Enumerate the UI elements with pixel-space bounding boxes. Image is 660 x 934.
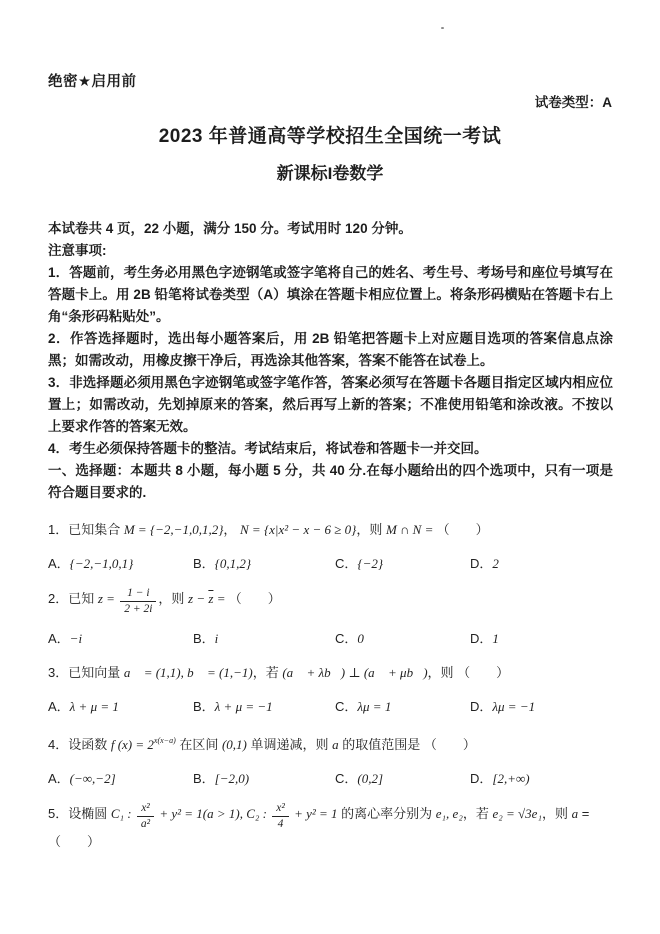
option-label: B．: [193, 771, 215, 786]
notice-item-4: 4．考生必须保持答题卡的整洁。考试结束后，将试卷和答题卡一并交回。: [48, 438, 613, 460]
q2-math-z-minus: z −: [188, 591, 208, 606]
option-label: C．: [335, 631, 357, 646]
question-2-options: A．−i B．i C．0 D．1: [48, 628, 613, 647]
section-header-choice: 一、选择题：本题共 8 小题，每小题 5 分，共 40 分.在每小题给出的四个选…: [48, 460, 613, 504]
q3-math-vectors: a⃗ = (1,1), b⃗ = (1,−1): [124, 665, 253, 680]
option-label: D．: [470, 699, 492, 714]
option-value: [−2,0): [215, 771, 249, 786]
q1-text: ，则: [356, 522, 386, 537]
q3-answer-blank: ，则 （ ）: [428, 665, 510, 680]
option-label: C．: [335, 771, 357, 786]
question-4-options: A．(−∞,−2] B．[−2,0) C．(0,2] D．[2,+∞): [48, 768, 613, 787]
paper-type-label: 试卷类型：A: [535, 91, 612, 111]
option-d: D．λμ = −1: [470, 696, 613, 715]
q2-text: 2．已知: [48, 591, 98, 606]
q5-text: ，则: [542, 806, 572, 821]
option-a: A．λ + μ = 1: [48, 696, 193, 715]
q4-text: 单调递减，则: [247, 737, 332, 752]
option-value: 1: [492, 631, 499, 646]
option-value: −i: [70, 631, 82, 646]
q1-math-set-n: N = {x|x² − x − 6 ≥ 0}: [240, 522, 356, 537]
notice-item-3: 3．非选择题必须用黑色字迹钢笔或签字笔作答，答案必须写在答题卡各题目指定区域内相…: [48, 372, 613, 438]
option-value: 2: [492, 556, 499, 571]
fraction-denominator: a²: [137, 817, 154, 831]
option-label: A．: [48, 699, 70, 714]
question-3-options: A．λ + μ = 1 B．λ + μ = −1 C．λμ = 1 D．λμ =…: [48, 696, 613, 715]
q4-text: 在区间: [176, 737, 222, 752]
option-value: 0: [357, 631, 364, 646]
scan-artifact-dot: [441, 27, 444, 29]
option-c: C．λμ = 1: [335, 696, 470, 715]
option-a: A．(−∞,−2]: [48, 768, 193, 787]
questions-list: 1．已知集合 M = {−2,−1,0,1,2}， N = {x|x² − x …: [48, 519, 613, 852]
option-d: D．1: [470, 628, 613, 647]
q1-math-set-m: M = {−2,−1,0,1,2}: [124, 522, 224, 537]
question-4-stem: 4．设函数 f (x) = 2x(x−a) 在区间 (0,1) 单调递减，则 a…: [48, 730, 613, 755]
option-label: D．: [470, 556, 492, 571]
option-value: λμ = −1: [492, 699, 535, 714]
option-b: B．λ + μ = −1: [193, 696, 335, 715]
option-value: λμ = 1: [357, 699, 391, 714]
option-label: D．: [470, 631, 492, 646]
option-d: D．2: [470, 553, 613, 572]
q4-math-interval: (0,1): [222, 737, 247, 752]
question-2: 2．已知 z = 1 − i2 + 2i，则 z − z = （ ） A．−i …: [48, 587, 613, 647]
option-value: (0,2]: [357, 771, 383, 786]
q3-text: 3．已知向量: [48, 665, 124, 680]
q3-math-perpendicular: (a⃗ + λb⃗) ⊥ (a⃗ + μb⃗): [282, 665, 427, 680]
paper-body: 本试卷共 4 页，22 小题，满分 150 分。考试用时 120 分钟。 注意事…: [48, 218, 613, 852]
option-label: A．: [48, 556, 70, 571]
notice-title: 注意事项:: [48, 240, 613, 262]
option-a: A．{−2,−1,0,1}: [48, 553, 193, 572]
option-value: (−∞,−2]: [70, 771, 116, 786]
fraction-numerator: x²: [272, 802, 289, 817]
question-3: 3．已知向量 a⃗ = (1,1), b⃗ = (1,−1)，若 (a⃗ + λ…: [48, 662, 613, 715]
q2-answer-blank: （ ）: [229, 591, 281, 606]
q5-math-relation: e₂ = √3e₁: [492, 806, 542, 821]
fraction-numerator: x²: [137, 802, 154, 817]
q2-fraction: 1 − i2 + 2i: [120, 587, 156, 615]
option-c: C．{−2}: [335, 553, 470, 572]
q5-math-ellipse1: + y² = 1(a > 1), C₂ :: [156, 806, 270, 821]
notice-item-1: 1．答题前，考生务必用黑色字迹钢笔或签字笔将自己的姓名、考生号、考场号和座位号填…: [48, 262, 613, 328]
option-label: B．: [193, 556, 215, 571]
fraction-denominator: 2 + 2i: [120, 602, 156, 616]
option-b: B．{0,1,2}: [193, 553, 335, 572]
q3-text: ，若: [253, 665, 283, 680]
q1-text: ，: [223, 522, 240, 537]
q2-math-z-equals: z =: [98, 591, 118, 606]
q5-fraction-1: x²a²: [137, 802, 154, 830]
option-value: {0,1,2}: [215, 556, 251, 571]
option-label: D．: [470, 771, 492, 786]
q4-answer-blank: 的取值范围是 （ ）: [339, 737, 476, 752]
q4-text: 4．设函数: [48, 737, 111, 752]
option-c: C．0: [335, 628, 470, 647]
q5-text: ，若: [463, 806, 493, 821]
exam-paper-page: 绝密★启用前 试卷类型：A 2023 年普通高等学校招生全国统一考试 新课标I卷…: [0, 0, 660, 934]
q1-answer-blank: （ ）: [437, 522, 489, 537]
fraction-numerator: 1 − i: [120, 587, 156, 602]
question-1-stem: 1．已知集合 M = {−2,−1,0,1,2}， N = {x|x² − x …: [48, 519, 613, 540]
option-b: B．[−2,0): [193, 768, 335, 787]
exam-subtitle: 新课标I卷数学: [0, 159, 660, 184]
exam-title: 2023 年普通高等学校招生全国统一考试: [0, 121, 660, 148]
q5-math-c1: C₁ :: [111, 806, 135, 821]
option-b: B．i: [193, 628, 335, 647]
q4-math-function: f (x) = 2: [111, 737, 154, 752]
option-value: λ + μ = 1: [70, 699, 119, 714]
q2-text: ，则: [158, 591, 188, 606]
question-5-stem: 5．设椭圆 C₁ : x²a² + y² = 1(a > 1), C₂ : x²…: [48, 802, 613, 851]
q1-text: 1．已知集合: [48, 522, 124, 537]
q5-fraction-2: x²4: [272, 802, 289, 830]
q5-text: 的离心率分别为: [338, 806, 436, 821]
option-label: B．: [193, 699, 215, 714]
option-value: [2,+∞): [492, 771, 529, 786]
option-c: C．(0,2]: [335, 768, 470, 787]
option-label: C．: [335, 699, 357, 714]
option-value: λ + μ = −1: [215, 699, 273, 714]
paper-summary: 本试卷共 4 页，22 小题，满分 150 分。考试用时 120 分钟。: [48, 218, 613, 240]
q4-math-exponent: x(x−a): [154, 736, 176, 745]
secrecy-label: 绝密★启用前: [48, 70, 137, 91]
option-label: A．: [48, 631, 70, 646]
question-3-stem: 3．已知向量 a⃗ = (1,1), b⃗ = (1,−1)，若 (a⃗ + λ…: [48, 662, 613, 683]
question-4: 4．设函数 f (x) = 2x(x−a) 在区间 (0,1) 单调递减，则 a…: [48, 730, 613, 787]
question-1-options: A．{−2,−1,0,1} B．{0,1,2} C．{−2} D．2: [48, 553, 613, 572]
q5-math-ellipse2: + y² = 1: [291, 806, 338, 821]
option-value: {−2}: [357, 556, 383, 571]
option-value: i: [215, 631, 219, 646]
q5-text: 5．设椭圆: [48, 806, 111, 821]
option-a: A．−i: [48, 628, 193, 647]
question-5: 5．设椭圆 C₁ : x²a² + y² = 1(a > 1), C₂ : x²…: [48, 802, 613, 851]
q5-math-eccentricities: e₁, e₂: [436, 806, 463, 821]
option-d: D．[2,+∞): [470, 768, 613, 787]
q2-math-equals: =: [213, 591, 228, 606]
question-1: 1．已知集合 M = {−2,−1,0,1,2}， N = {x|x² − x …: [48, 519, 613, 572]
q1-math-intersection: M ∩ N =: [386, 522, 437, 537]
notice-item-2: 2．作答选择题时，选出每小题答案后，用 2B 铅笔把答题卡上对应题目选项的答案信…: [48, 328, 613, 372]
question-2-stem: 2．已知 z = 1 − i2 + 2i，则 z − z = （ ）: [48, 587, 613, 615]
fraction-denominator: 4: [272, 817, 289, 831]
option-label: A．: [48, 771, 70, 786]
option-label: C．: [335, 556, 357, 571]
option-label: B．: [193, 631, 215, 646]
option-value: {−2,−1,0,1}: [70, 556, 134, 571]
